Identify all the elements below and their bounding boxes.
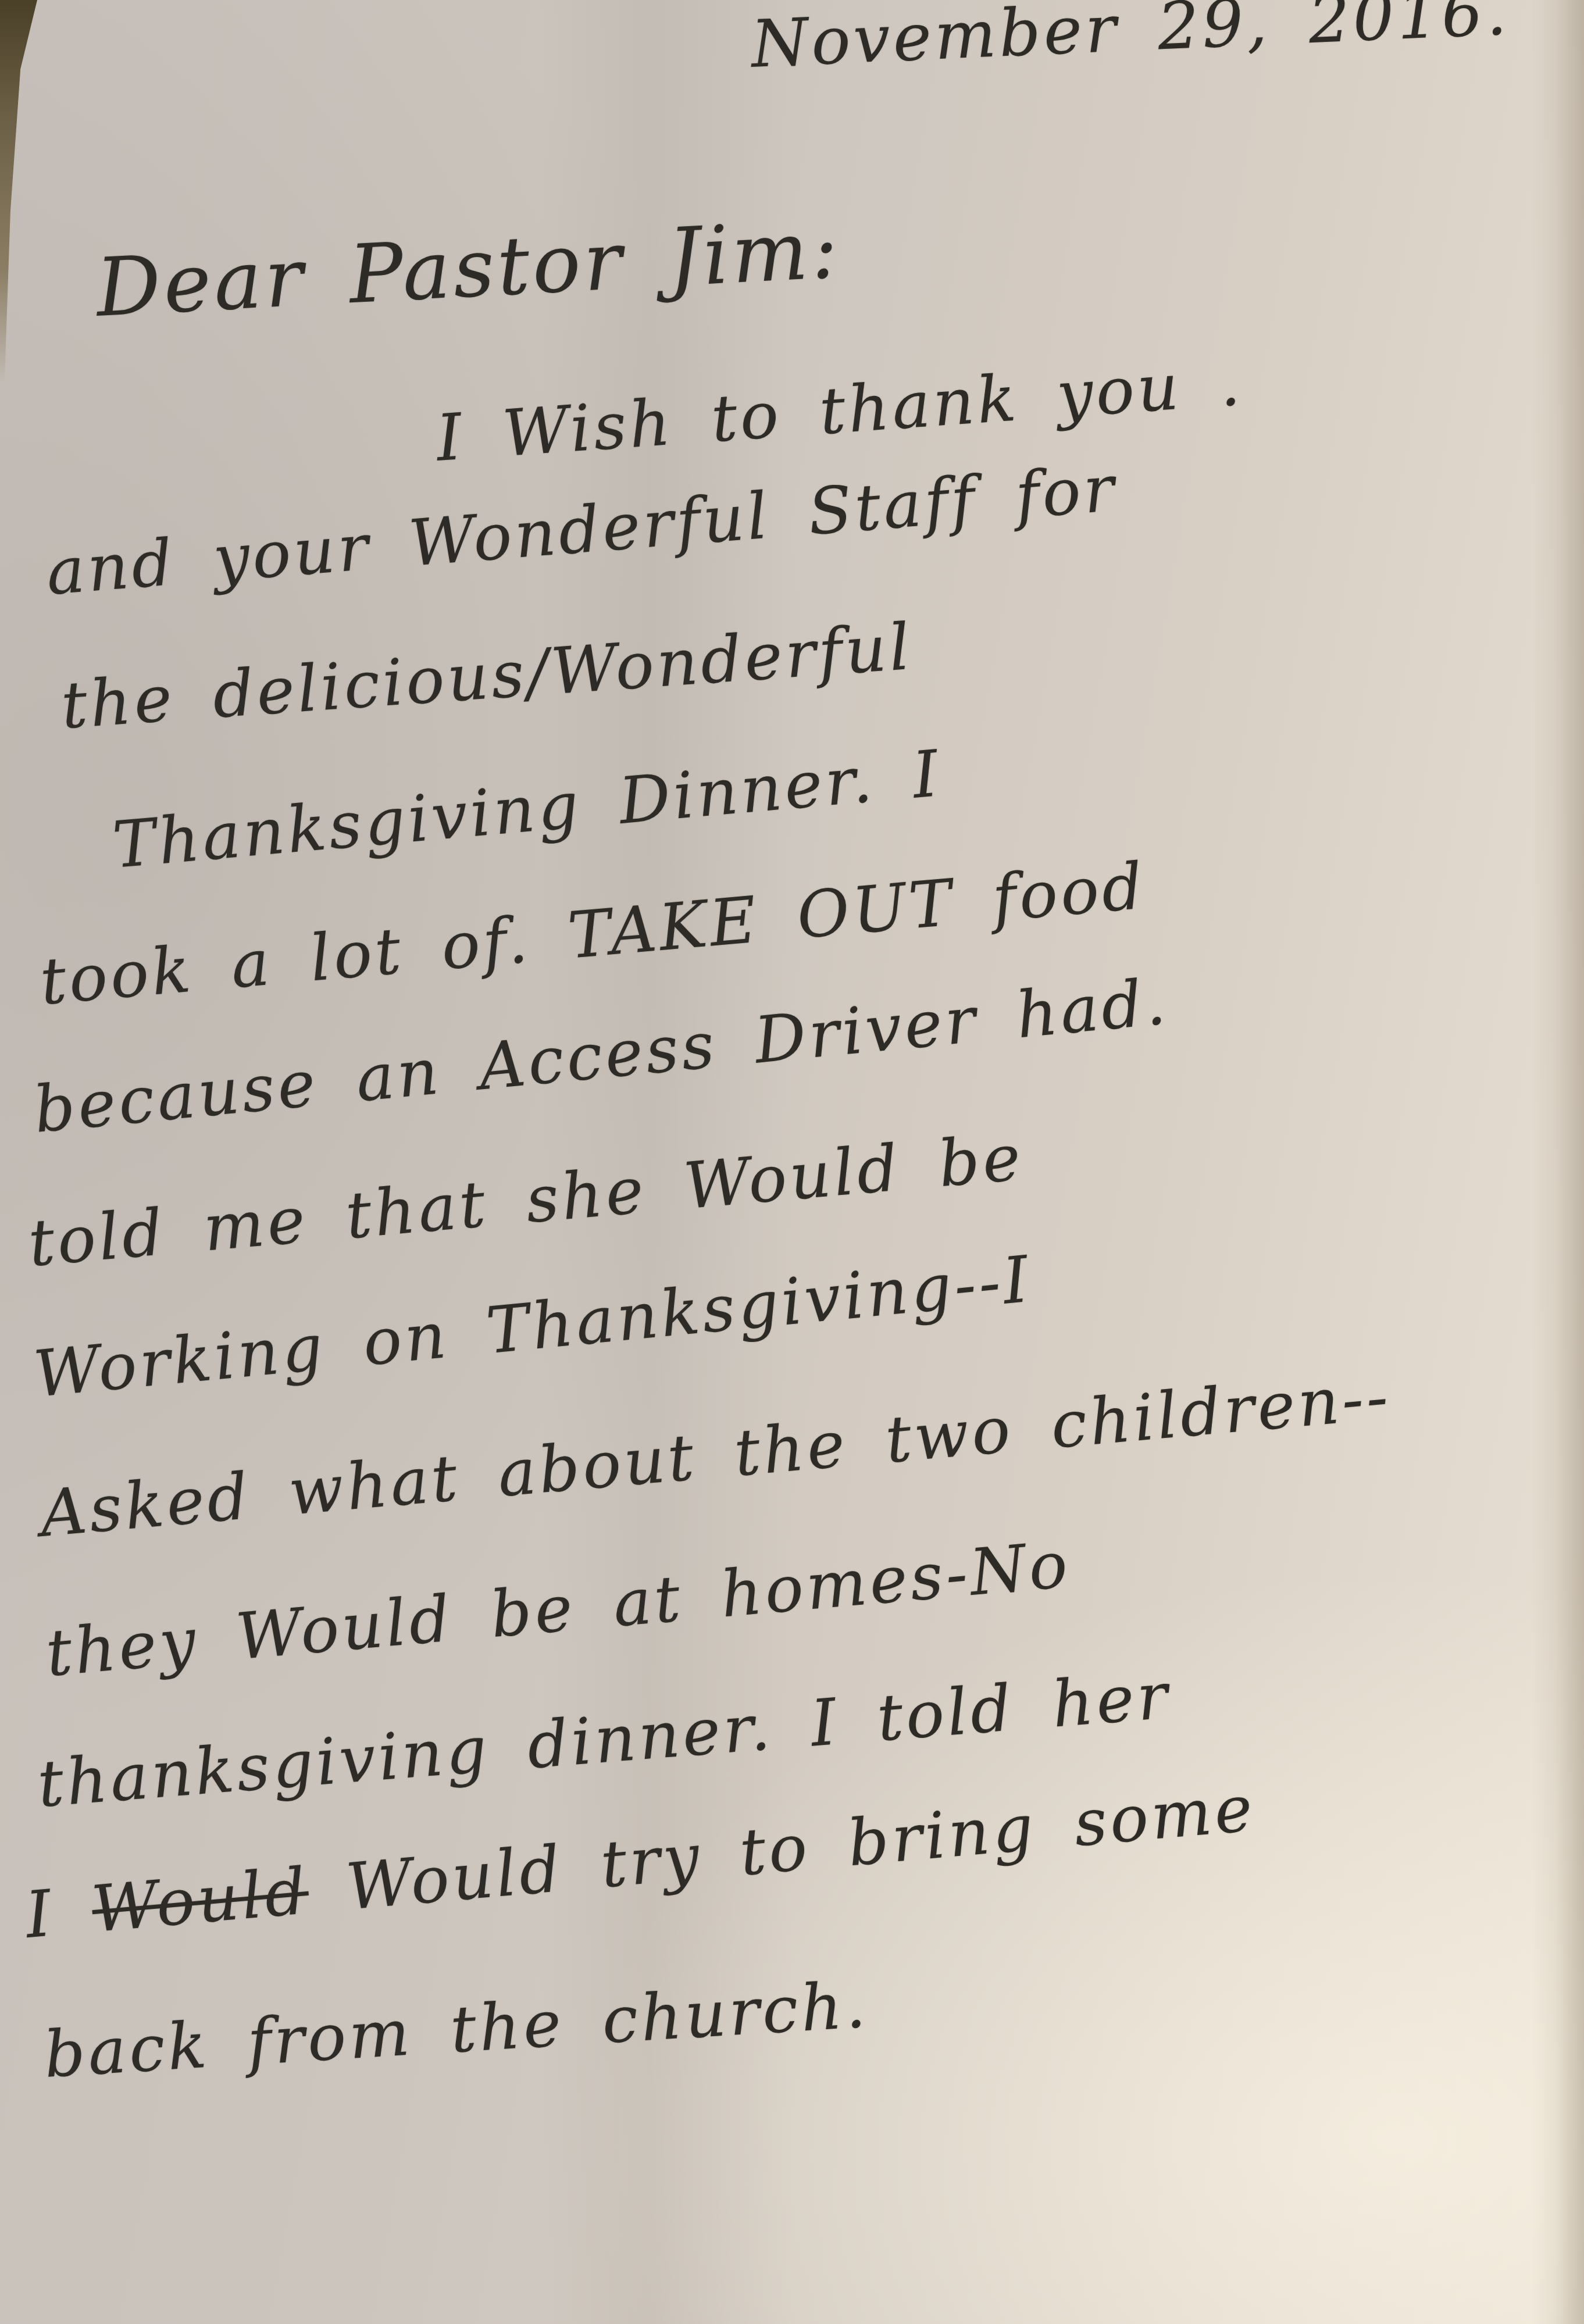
letter-photo: November 29, 2016. Dear Pastor Jim: I Wi… bbox=[0, 0, 1584, 2324]
line-12-pre: I bbox=[23, 1873, 95, 1952]
paper-edge-shadow bbox=[1532, 0, 1584, 2324]
